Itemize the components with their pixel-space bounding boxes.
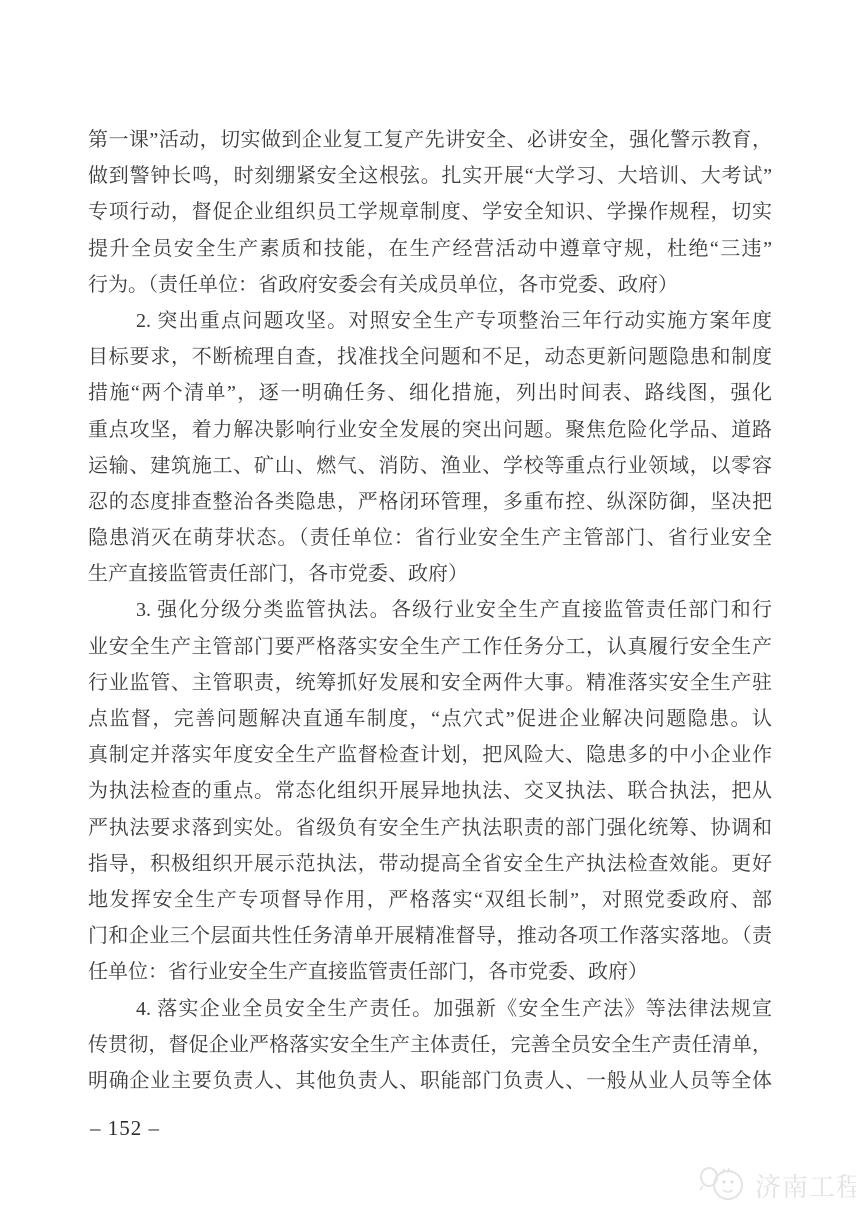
text-line: 3. 强化分级分类监管执法。各级行业安全生产直接监管责任部门和行 (88, 592, 772, 628)
text-line: 行业监管、主管职责，统筹抓好发展和安全两件大事。精准落实安全生产驻 (88, 665, 772, 701)
text-line: 重点攻坚，着力解决影响行业安全发展的突出问题。聚焦危险化学品、道路 (88, 412, 772, 448)
text-line: 点监督，完善问题解决直通车制度，“点穴式”促进企业解决问题隐患。认 (88, 701, 772, 737)
document-body: 第一课”活动，切实做到企业复工复产先讲安全、必讲安全，强化警示教育，做到警钟长鸣… (88, 122, 772, 1099)
text-line: 提升全员安全生产素质和技能，在生产经营活动中遵章守规，杜绝“三违” (88, 231, 772, 267)
text-line: 做到警钟长鸣，时刻绷紧安全这根弦。扎实开展“大学习、大培训、大考试” (88, 158, 772, 194)
text-line: 严执法要求落到实处。省级负有安全生产执法职责的部门强化统筹、协调和 (88, 810, 772, 846)
watermark-text: 济南工程 (755, 1167, 856, 1204)
text-line: 生产直接监管责任部门，各市党委、政府） (88, 556, 772, 592)
text-line: 指导，积极组织开展示范执法，带动提高全省安全生产执法检查效能。更好 (88, 846, 772, 882)
text-line: 真制定并落实年度安全生产监督检查计划，把风险大、隐患多的中小企业作 (88, 737, 772, 773)
text-line: 明确企业主要负责人、其他负责人、职能部门负责人、一般从业人员等全体 (88, 1063, 772, 1099)
text-line: 门和企业三个层面共性任务清单开展精准督导，推动各项工作落实落地。（责 (88, 918, 772, 954)
text-line: 行为。（责任单位：省政府安委会有关成员单位，各市党委、政府） (88, 267, 772, 303)
watermark: 济南工程 (698, 1162, 856, 1209)
watermark-logo-icon (698, 1162, 750, 1209)
text-line: 专项行动，督促企业组织员工学规章制度、学安全知识、学操作规程，切实 (88, 194, 772, 230)
text-line: 为执法检查的重点。常态化组织开展异地执法、交叉执法、联合执法，把从 (88, 773, 772, 809)
text-line: 运输、建筑施工、矿山、燃气、消防、渔业、学校等重点行业领域，以零容 (88, 448, 772, 484)
document-page: 第一课”活动，切实做到企业复工复产先讲安全、必讲安全，强化警示教育，做到警钟长鸣… (0, 0, 856, 1225)
text-line: 2. 突出重点问题攻坚。对照安全生产专项整治三年行动实施方案年度 (88, 303, 772, 339)
page-number: – 152 – (90, 1116, 160, 1141)
text-line: 第一课”活动，切实做到企业复工复产先讲安全、必讲安全，强化警示教育， (88, 122, 772, 158)
text-line: 4. 落实企业全员安全生产责任。加强新《安全生产法》等法律法规宣 (88, 991, 772, 1027)
text-line: 措施“两个清单”，逐一明确任务、细化措施，列出时间表、路线图，强化 (88, 375, 772, 411)
text-line: 业安全生产主管部门要严格落实安全生产工作任务分工，认真履行安全生产 (88, 629, 772, 665)
text-line: 隐患消灭在萌芽状态。（责任单位：省行业安全生产主管部门、省行业安全 (88, 520, 772, 556)
text-line: 传贯彻，督促企业严格落实安全生产主体责任，完善全员安全生产责任清单， (88, 1027, 772, 1063)
text-line: 任单位：省行业安全生产直接监管责任部门，各市党委、政府） (88, 954, 772, 990)
text-line: 地发挥安全生产专项督导作用，严格落实“双组长制”，对照党委政府、部 (88, 882, 772, 918)
text-line: 忍的态度排查整治各类隐患，严格闭环管理，多重布控、纵深防御，坚决把 (88, 484, 772, 520)
text-line: 目标要求，不断梳理自查，找准找全问题和不足，动态更新问题隐患和制度 (88, 339, 772, 375)
